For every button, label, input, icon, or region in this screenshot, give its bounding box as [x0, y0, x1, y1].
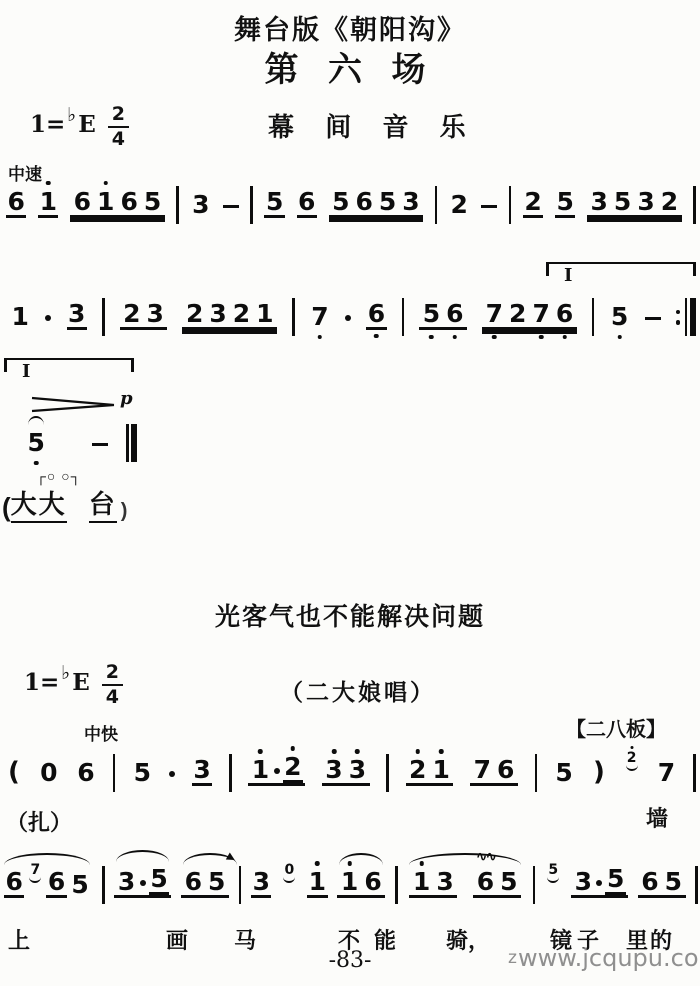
note: 3	[67, 301, 87, 330]
barline	[239, 866, 242, 904]
note-digit: 6	[74, 187, 91, 216]
note-digit: 5	[614, 187, 631, 216]
key-prefix: 1=	[24, 669, 59, 696]
note-group: 65	[181, 869, 229, 898]
note: 5	[554, 760, 574, 786]
dash-note	[223, 205, 239, 209]
barline	[695, 866, 698, 904]
barline	[395, 866, 398, 904]
note-digit: 2	[123, 299, 140, 328]
note: 6	[4, 869, 24, 898]
note-digit: 3	[325, 755, 342, 784]
slur-icon	[339, 853, 383, 865]
final-barline	[126, 424, 137, 462]
note-group: 136∿∿5	[407, 869, 523, 898]
note-digit: 1	[432, 755, 449, 784]
tempo-marking-piece2: 中快	[84, 720, 118, 745]
grace-digit: 2	[627, 751, 637, 765]
barline	[435, 186, 438, 224]
note: 3	[116, 869, 136, 895]
percussion-gong: 台	[89, 484, 117, 523]
note: 5	[663, 869, 683, 895]
note-digit: 3	[192, 190, 209, 219]
note: 5	[421, 301, 441, 327]
grace-digit: 5	[548, 863, 558, 877]
note: 1	[38, 189, 58, 218]
note-digit: 5	[28, 428, 45, 457]
slur-icon	[409, 853, 521, 865]
octave-dot-high	[332, 749, 337, 754]
note-digit: 6	[641, 867, 658, 896]
note: 5	[26, 430, 46, 456]
music-line-3: 5	[26, 424, 137, 456]
note-digit: 7	[311, 302, 328, 331]
note: 3	[636, 189, 656, 215]
dash-note	[481, 205, 497, 209]
note-digit: 6	[77, 758, 94, 787]
time-signature: 24	[108, 104, 129, 149]
note-digit: 3	[349, 755, 366, 784]
note-group: 6765	[2, 869, 92, 898]
key-prefix: 1=	[30, 111, 65, 138]
volta-bracket-first-ending: I	[546, 262, 696, 276]
note: 3	[192, 757, 212, 786]
note: 5	[612, 189, 632, 215]
time-bottom: 4	[106, 686, 119, 707]
note: 3	[401, 189, 421, 215]
note-group: 5653	[329, 189, 424, 218]
note-digit: 2	[524, 187, 541, 216]
note: 6	[76, 760, 96, 786]
note: 3	[324, 757, 344, 783]
note-digit: 2	[661, 187, 678, 216]
flat-icon: ♭	[67, 104, 76, 126]
scene-title: 第 六 场	[0, 42, 700, 91]
note: 7	[310, 304, 330, 330]
barline	[402, 298, 405, 336]
note-digit: 6	[8, 187, 25, 216]
augmentation-dot	[345, 315, 351, 321]
note-digit: 1	[12, 302, 29, 331]
note-digit: 2	[233, 299, 250, 328]
volta-label: I	[22, 361, 30, 382]
note-digit: 3	[253, 867, 270, 896]
note: 2	[231, 301, 251, 327]
barline	[229, 754, 232, 792]
note-digit: 6	[556, 299, 573, 328]
note: 5	[605, 866, 625, 895]
note: 2	[122, 301, 142, 327]
note-digit: 1	[97, 187, 114, 216]
octave-dot-high	[439, 749, 444, 754]
barline	[176, 186, 179, 224]
note-digit: 1	[341, 867, 358, 896]
thick-bar	[131, 424, 137, 462]
slur-icon	[116, 850, 169, 862]
note: 3	[435, 869, 455, 895]
octave-dot-low	[34, 461, 39, 466]
octave-dot-low	[318, 335, 323, 340]
note-digit: 5	[611, 302, 628, 331]
note-group: 56	[419, 301, 467, 330]
augmentation-dot	[596, 880, 602, 886]
barline	[693, 754, 696, 792]
note-digit: 0	[40, 758, 57, 787]
watermark: zwww.jcqupu.com	[508, 944, 700, 972]
note: 5	[70, 872, 90, 898]
barline	[592, 298, 595, 336]
percussion-line: ( 大大 台 )	[2, 484, 127, 523]
note-digit: 2	[509, 299, 526, 328]
octave-dot-low	[539, 335, 544, 340]
dot	[676, 320, 681, 325]
note-digit: 5	[556, 187, 573, 216]
note-group: 3532	[587, 189, 682, 218]
grace-digit: 0	[284, 863, 294, 877]
note-group: 35	[571, 866, 628, 898]
note: 2	[508, 301, 528, 327]
note-digit: 6	[355, 187, 372, 216]
lyric-word: （扎）	[6, 806, 72, 837]
octave-dot-low	[492, 335, 497, 340]
note: 1	[307, 869, 327, 898]
note-digit: 7	[474, 755, 491, 784]
music-line-1: 61616535656532253532	[6, 186, 696, 218]
note: 1	[96, 189, 116, 215]
note: 5	[499, 869, 519, 895]
parenthesis: )	[591, 759, 607, 786]
trill-icon: ∿∿	[476, 850, 495, 865]
note: 6	[366, 301, 386, 330]
note: 6	[495, 757, 515, 783]
note: 2	[523, 189, 543, 218]
note-group: 21	[406, 757, 454, 786]
note: 2	[659, 189, 679, 215]
note: 1	[411, 869, 431, 895]
octave-dot-high	[347, 861, 352, 866]
octave-dot-low	[562, 335, 567, 340]
note-digit: 7	[532, 299, 549, 328]
decrescendo-hairpin-icon	[30, 396, 118, 414]
note-digit: 6	[497, 755, 514, 784]
note-digit: (	[8, 757, 20, 787]
note: 5	[555, 189, 575, 218]
octave-dot-low	[374, 334, 379, 339]
note: 3	[589, 189, 609, 215]
barline	[693, 186, 696, 224]
barline	[292, 298, 295, 336]
flat-icon: ♭	[61, 662, 70, 684]
note-digit: 2	[451, 190, 468, 219]
note-digit: 3	[146, 299, 163, 328]
note-digit: 6	[6, 867, 23, 896]
slur-icon	[4, 853, 90, 865]
percussion-close-paren: )	[121, 500, 128, 523]
time-bottom: 4	[112, 128, 125, 149]
key-letter: E	[78, 111, 96, 138]
note-digit: 6	[298, 187, 315, 216]
note: 5	[264, 189, 284, 218]
note: 2	[449, 192, 469, 218]
note: 0	[39, 760, 59, 786]
note-digit: 3	[575, 867, 592, 896]
note: 1	[431, 757, 451, 783]
note: 7	[531, 301, 551, 327]
dynamic-piano: p	[120, 388, 133, 409]
note-group: 65	[638, 869, 686, 898]
note-digit: 3	[591, 187, 608, 216]
key-letter: E	[72, 669, 90, 696]
note-digit: 5	[379, 187, 396, 216]
note-digit: 2	[284, 752, 301, 781]
augmentation-dot	[140, 880, 146, 886]
note-group: 76	[470, 757, 518, 786]
note: 1	[250, 757, 270, 783]
note-digit: 5	[665, 867, 682, 896]
note: 7	[656, 760, 676, 786]
octave-dot-high	[258, 749, 263, 754]
note: 5	[142, 189, 162, 215]
note-digit: 7	[486, 299, 503, 328]
note-group: 13	[409, 869, 457, 898]
note: 5	[206, 869, 226, 895]
octave-dot-high	[355, 749, 360, 754]
piece1-subtitle: 幕 间 音 乐	[268, 107, 478, 144]
note-digit: 7	[658, 758, 675, 787]
octave-dot-high	[416, 749, 421, 754]
note: 1	[10, 304, 30, 330]
note-digit: 3	[402, 187, 419, 216]
note: 6	[554, 301, 574, 327]
note: 1	[255, 301, 275, 327]
volta-bracket-continuation: I	[4, 358, 134, 372]
note-digit: 5	[555, 758, 572, 787]
note: 3	[573, 869, 593, 895]
note: 6∿∿	[475, 869, 495, 895]
note: 5	[149, 866, 169, 895]
note: 1	[339, 869, 359, 895]
lyric-word: 墙	[646, 802, 668, 833]
note: 6	[72, 189, 92, 215]
note: 7	[472, 757, 492, 783]
percussion-open-paren: (	[2, 492, 11, 523]
note-digit: 3	[637, 187, 654, 216]
note: 6	[297, 189, 317, 218]
fermata-icon	[28, 416, 44, 425]
octave-dot-high	[46, 181, 51, 186]
note-digit: 5	[208, 867, 225, 896]
note: 3	[347, 757, 367, 783]
note-digit: 5	[71, 870, 88, 899]
note-digit: 6	[446, 299, 463, 328]
note: 3	[208, 301, 228, 327]
note: 6	[6, 189, 26, 218]
thin-bar	[685, 298, 688, 336]
note: 6	[445, 301, 465, 327]
note-digit: 6	[368, 299, 385, 328]
sheet-music-page: 舞台版《朝阳沟》 第 六 场 1=♭E 24 幕 间 音 乐 中速 616165…	[0, 0, 700, 986]
octave-dot-high	[291, 746, 296, 751]
time-top: 2	[102, 662, 123, 686]
note-digit: 5	[150, 864, 167, 893]
note-group: 6∿∿5	[473, 869, 521, 898]
note-digit: 6	[364, 867, 381, 896]
repeat-dots	[676, 310, 681, 325]
key-signature-piece2: 1=♭E 24	[24, 660, 123, 705]
note-digit: 3	[436, 867, 453, 896]
octave-dot-low	[617, 335, 622, 340]
note: 3	[145, 301, 165, 327]
octave-dot-high	[630, 746, 633, 749]
note-digit: 5	[423, 299, 440, 328]
note-digit: 2	[409, 755, 426, 784]
note: 6	[363, 869, 383, 895]
note-digit: 6	[185, 867, 202, 896]
piece2-title: 光客气也不能解决问题	[0, 597, 700, 633]
dot	[676, 310, 681, 315]
note: 5	[331, 189, 351, 215]
singer-label: （二大娘唱）	[280, 674, 436, 707]
vocal-line-1: (0653123321765)27	[6, 754, 696, 786]
watermark-url: www.jcqupu.com	[518, 944, 700, 972]
note: 3	[251, 869, 271, 898]
parenthesis: (	[6, 759, 22, 786]
note-digit: 6	[48, 867, 65, 896]
note-group: 16	[337, 869, 385, 898]
note-digit: 5	[500, 867, 517, 896]
percussion-bracket-icon: ┌○ ○┐	[36, 468, 82, 484]
note-group: 33	[322, 757, 370, 786]
octave-dot-high	[103, 181, 108, 186]
augmentation-dot	[274, 768, 280, 774]
note: 6	[640, 869, 660, 895]
dash-note	[92, 443, 108, 447]
vocal-line-2: 6765356530116136∿∿553565	[2, 866, 698, 898]
note-digit: 1	[40, 187, 57, 216]
note-digit: 1	[413, 867, 430, 896]
volta-label: I	[564, 265, 572, 286]
note-digit: 2	[186, 299, 203, 328]
note-group: 6165	[70, 189, 165, 218]
note: 6	[354, 189, 374, 215]
thick-bar	[690, 298, 696, 336]
note: 3	[191, 192, 211, 218]
augmentation-dot	[169, 771, 175, 777]
percussion-drums: 大大	[11, 484, 67, 523]
note-digit: )	[593, 757, 605, 787]
octave-dot-low	[453, 335, 458, 340]
barline	[113, 754, 116, 792]
note-group: 7276	[482, 301, 577, 330]
key-signature-piece1: 1=♭E 24	[30, 102, 129, 147]
note-digit: 3	[193, 755, 210, 784]
note-digit: 3	[68, 299, 85, 328]
note-digit: 5	[607, 864, 624, 893]
barline	[102, 298, 105, 336]
thin-bar	[126, 424, 129, 462]
octave-dot-low	[429, 335, 434, 340]
octave-dot-high	[419, 861, 424, 866]
augmentation-dot	[45, 315, 51, 321]
repeat-barline	[676, 298, 696, 336]
note-digit: 6	[120, 187, 137, 216]
grace-note: 7	[29, 863, 41, 883]
note-group: 12	[248, 754, 305, 786]
time-top: 2	[108, 104, 129, 128]
barline	[386, 754, 389, 792]
note-digit: 5	[332, 187, 349, 216]
grace-note: 5	[547, 863, 559, 883]
barline	[535, 754, 538, 792]
grace-digit: 7	[31, 863, 41, 877]
note: 2	[408, 757, 428, 783]
note-digit: 5	[144, 187, 161, 216]
note-group: 35	[114, 866, 171, 898]
note-digit: 1	[256, 299, 273, 328]
note: 5	[377, 189, 397, 215]
note: 2	[283, 754, 303, 783]
note: 5	[132, 760, 152, 786]
note-digit: 1	[309, 867, 326, 896]
note-digit: 5	[134, 758, 151, 787]
barline	[250, 186, 253, 224]
barline	[509, 186, 512, 224]
grace-note: 0	[283, 863, 295, 883]
time-signature: 24	[102, 662, 123, 707]
note: 5	[609, 304, 629, 330]
note: 7	[484, 301, 504, 327]
note: 6	[46, 869, 66, 898]
note-digit: 1	[252, 755, 269, 784]
note-digit: 3	[118, 867, 135, 896]
octave-dot-high	[315, 861, 320, 866]
music-line-2: 13232321765672765	[10, 298, 696, 330]
note-group: 2321	[182, 301, 277, 330]
note-digit: 6	[477, 867, 494, 896]
note: 6	[119, 189, 139, 215]
tempo-marking-piece1: 中速	[8, 160, 42, 185]
slur-icon	[183, 853, 237, 865]
grace-note: 2	[626, 751, 638, 771]
note: 6	[183, 869, 203, 895]
note-digit: 5	[266, 187, 283, 216]
barline	[533, 866, 536, 904]
note-digit: 3	[209, 299, 226, 328]
banqiang-banner: 【二八板】	[566, 713, 666, 742]
dash-note	[645, 317, 661, 321]
watermark-prefix: z	[508, 948, 517, 968]
note: 2	[184, 301, 204, 327]
note-group: 23	[120, 301, 168, 330]
barline	[102, 866, 105, 904]
